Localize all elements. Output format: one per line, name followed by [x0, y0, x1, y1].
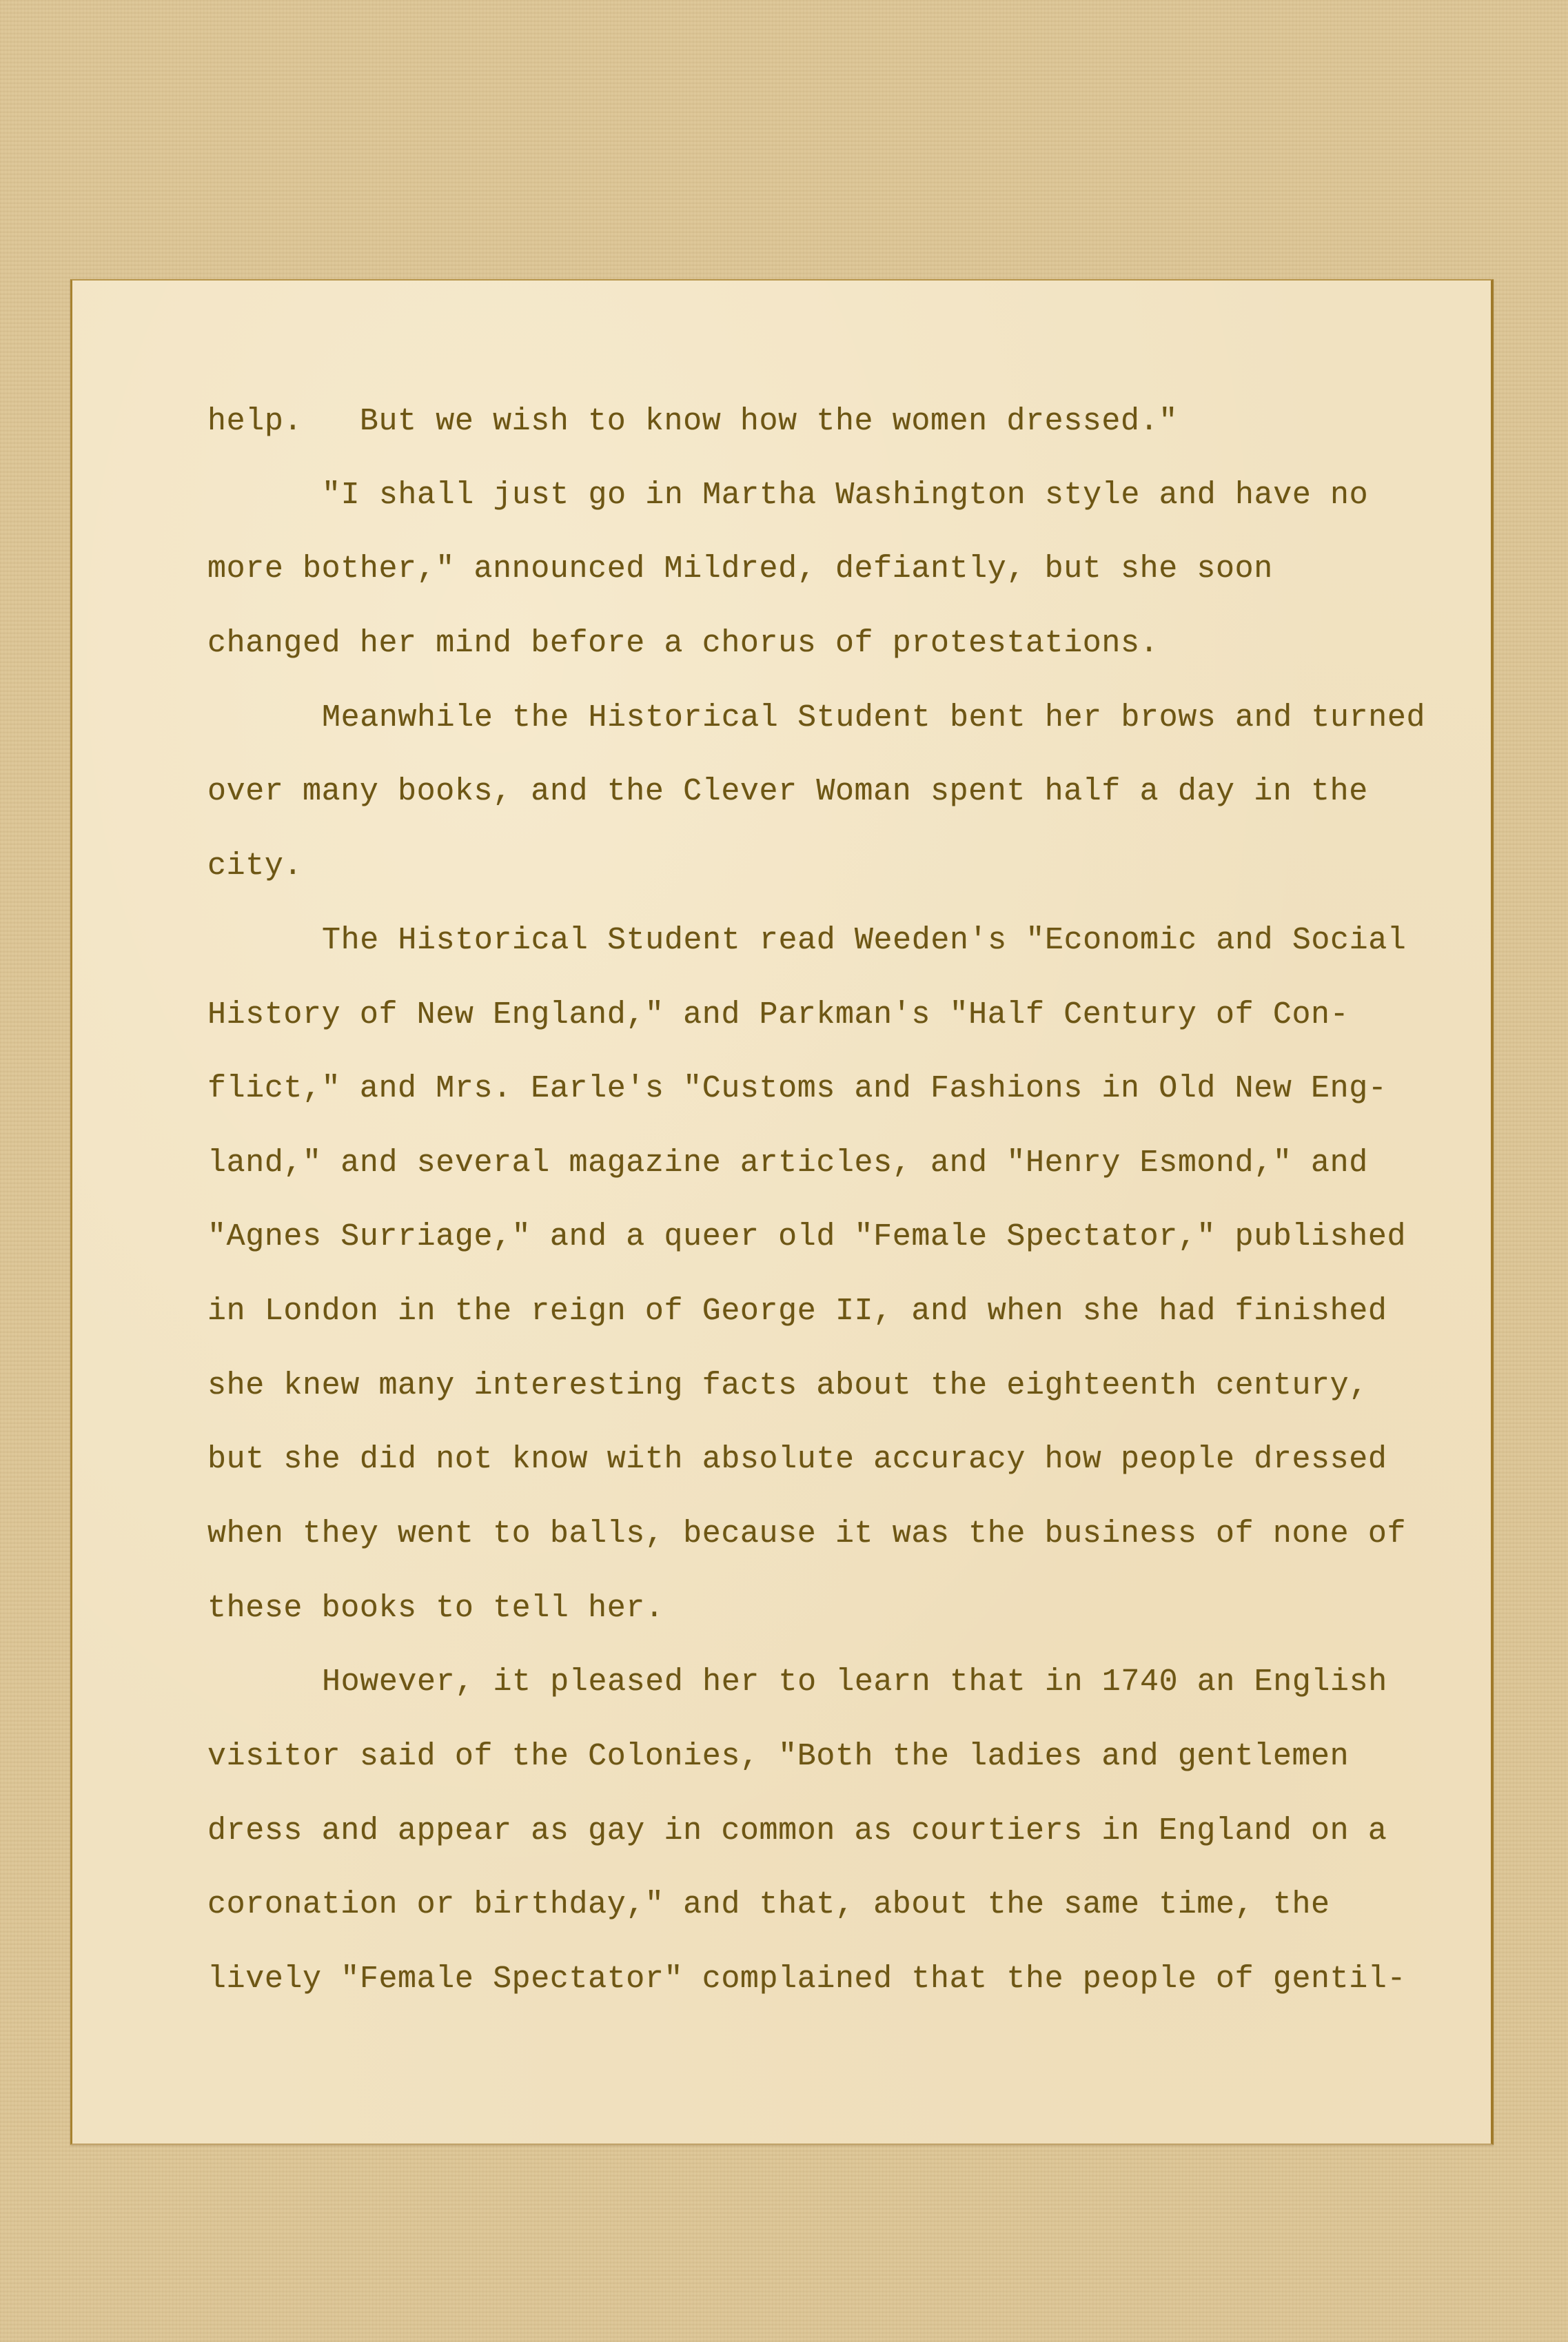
text-line: coronation or birthday," and that, about…	[207, 1888, 1330, 1922]
text-line: more bother," announced Mildred, defiant…	[207, 552, 1273, 587]
text-line: flict," and Mrs. Earle's "Customs and Fa…	[207, 1072, 1387, 1106]
text-line: lively "Female Spectator" complained tha…	[207, 1962, 1406, 1997]
text-line: but she did not know with absolute accur…	[207, 1443, 1387, 1477]
text-line: changed her mind before a chorus of prot…	[207, 627, 1159, 661]
text-line: she knew many interesting facts about th…	[207, 1369, 1368, 1403]
text-line: help. But we wish to know how the women …	[207, 405, 1178, 439]
text-line-paragraph-start: "I shall just go in Martha Washington st…	[322, 478, 1368, 513]
text-line: over many books, and the Clever Woman sp…	[207, 775, 1368, 809]
text-line: in London in the reign of George II, and…	[207, 1294, 1387, 1329]
typed-page: help. But we wish to know how the women …	[70, 279, 1494, 2145]
text-line: visitor said of the Colonies, "Both the …	[207, 1740, 1349, 1774]
text-line: land," and several magazine articles, an…	[207, 1146, 1368, 1181]
text-line-paragraph-start: However, it pleased her to learn that in…	[322, 1665, 1387, 1700]
text-line-paragraph-start: Meanwhile the Historical Student bent he…	[322, 701, 1425, 735]
mounting-board: help. But we wish to know how the women …	[0, 0, 1568, 2342]
text-line: "Agnes Surriage," and a queer old "Femal…	[207, 1220, 1406, 1254]
text-line: dress and appear as gay in common as cou…	[207, 1814, 1387, 1849]
text-line-paragraph-start: The Historical Student read Weeden's "Ec…	[322, 924, 1406, 958]
text-line: city.	[207, 849, 303, 884]
text-line: these books to tell her.	[207, 1591, 664, 1626]
text-line: when they went to balls, because it was …	[207, 1517, 1406, 1551]
text-line: History of New England," and Parkman's "…	[207, 998, 1349, 1032]
